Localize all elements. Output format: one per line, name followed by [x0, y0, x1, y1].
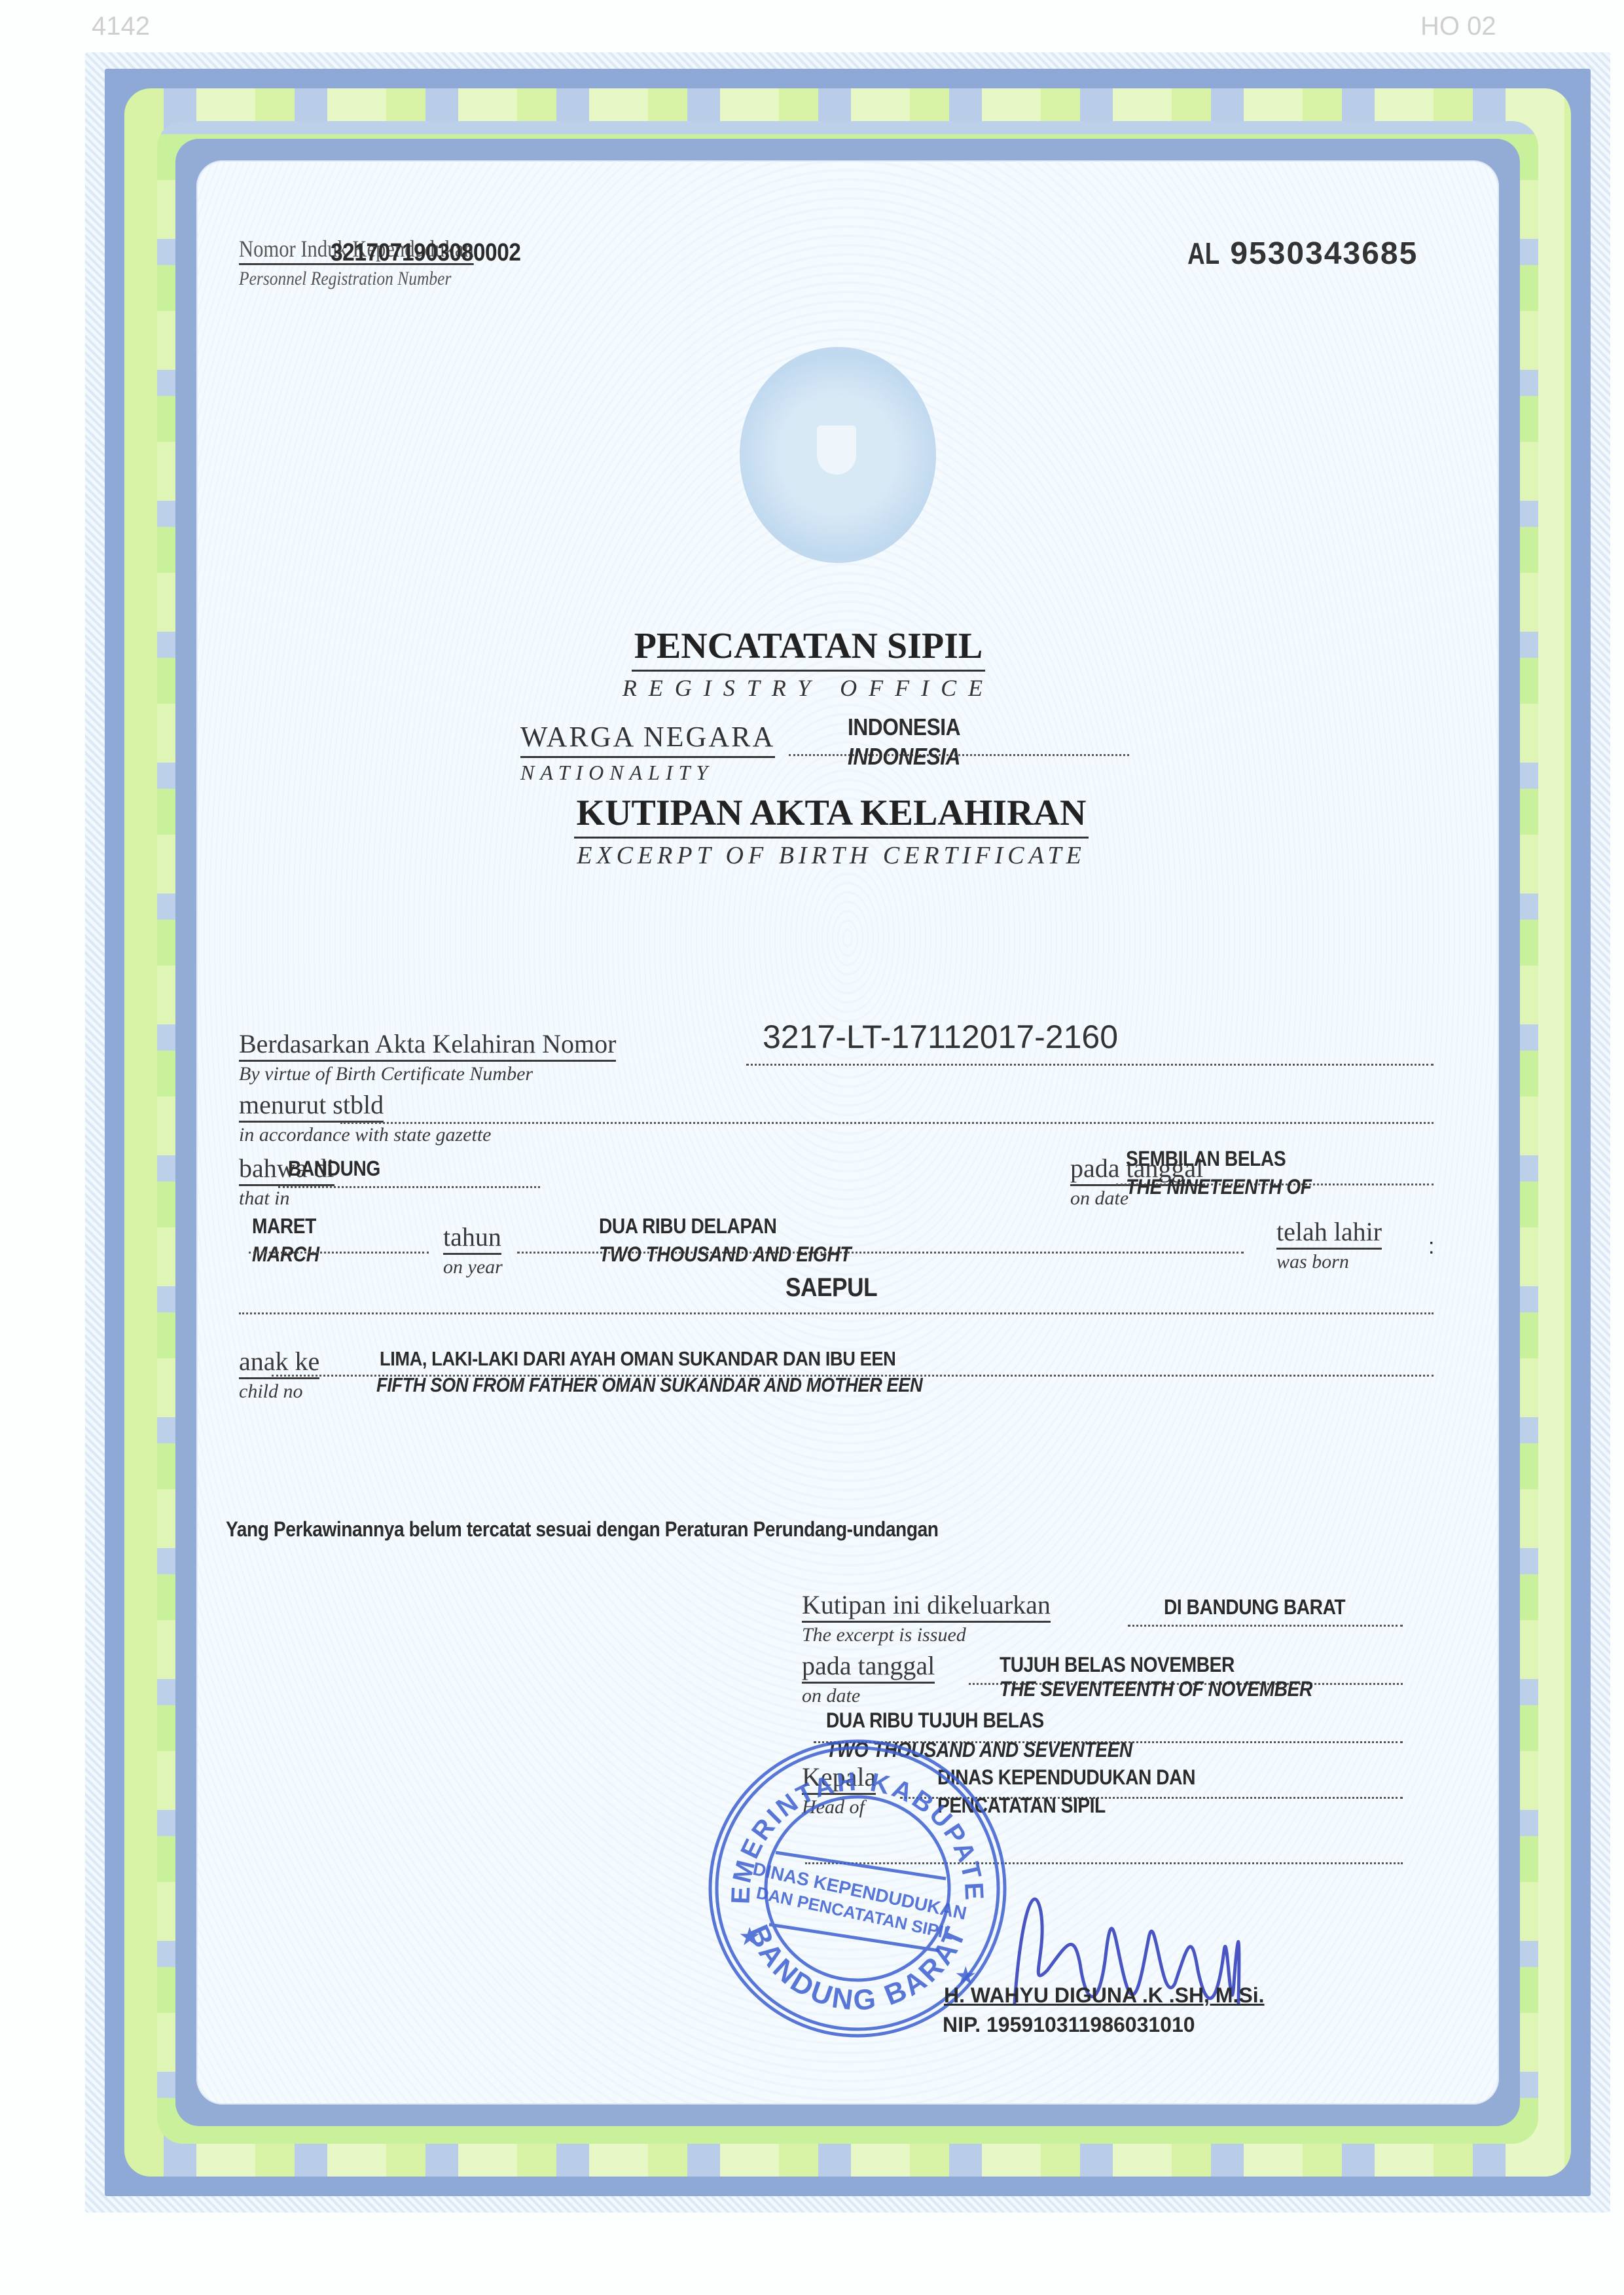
born-label-block: telah lahir was born [1276, 1219, 1382, 1272]
issue-date-label: pada tanggal [802, 1653, 935, 1684]
year-value: DUA RIBU DELAPAN [599, 1214, 776, 1238]
nationality-value-en: INDONESIA [848, 743, 960, 770]
cert-number-dotted-line [746, 1064, 1434, 1066]
nationality-label-en: NATIONALITY [520, 761, 775, 785]
born-colon: : [1428, 1234, 1434, 1259]
nationality-label: WARGA NEGARA [520, 720, 775, 758]
document-title: KUTIPAN AKTA KELAHIRAN [574, 792, 1089, 839]
issue-date-value-en: THE SEVENTEENTH OF NOVEMBER [1000, 1677, 1312, 1701]
issue-date-label-en: on date [802, 1686, 935, 1706]
date-value: SEMBILAN BELAS [1126, 1147, 1286, 1171]
serial-prefix: AL [1187, 236, 1219, 271]
child-no-label-en: child no [239, 1382, 319, 1401]
title-office-block: PENCATATAN SIPIL REGISTRY OFFICE [560, 625, 1057, 702]
child-no-value-en: FIFTH SON FROM FATHER OMAN SUKANDAR AND … [376, 1373, 922, 1397]
nik-label-en: Personnel Registration Number [239, 269, 474, 289]
stbld-label-block: menurut stbld in accordance with state g… [239, 1092, 491, 1145]
date-value-en: THE NINETEENTH OF [1126, 1175, 1312, 1199]
document-title-block: KUTIPAN AKTA KELAHIRAN EXCERPT OF BIRTH … [517, 792, 1146, 870]
cert-number-label-block: Berdasarkan Akta Kelahiran Nomor By virt… [239, 1031, 616, 1084]
year-label-en: on year [443, 1257, 503, 1277]
month-value-en: MARCH [252, 1242, 319, 1267]
child-name: SAEPUL [785, 1273, 877, 1303]
margin-mark-top-right: HO 02 [1420, 12, 1496, 41]
office-title-en: REGISTRY OFFICE [560, 674, 1057, 702]
year-label: tahun [443, 1224, 501, 1255]
signatory-name: H. WAHYU DIGUNA .K .SH, M.Si. [944, 1983, 1265, 2008]
nationality-value: INDONESIA [848, 714, 960, 741]
place-dotted-line [278, 1186, 540, 1188]
issue-date-label-block: pada tanggal on date [802, 1653, 935, 1706]
stbld-dotted-line [340, 1122, 1434, 1124]
issue-date-value: TUJUH BELAS NOVEMBER [1000, 1653, 1235, 1677]
signatory-nip: NIP. 195910311986031010 [943, 2013, 1195, 2037]
issued-label: Kutipan ini dikeluarkan [802, 1592, 1051, 1623]
born-label-en: was born [1276, 1252, 1382, 1272]
month-value: MARET [252, 1214, 316, 1238]
serial-number: 9530343685 [1230, 236, 1418, 272]
stbld-label: menurut stbld [239, 1092, 384, 1123]
margin-mark-top-left: 4142 [92, 12, 150, 41]
issued-label-block: Kutipan ini dikeluarkan The excerpt is i… [802, 1592, 1051, 1645]
place-value: BANDUNG [288, 1157, 380, 1181]
star-icon: ★ [740, 1925, 759, 1949]
born-label: telah lahir [1276, 1219, 1382, 1250]
month-dotted-line [249, 1252, 429, 1254]
child-no-value: LIMA, LAKI-LAKI DARI AYAH OMAN SUKANDAR … [380, 1347, 895, 1371]
issue-year-value: DUA RIBU TUJUH BELAS [826, 1708, 1044, 1733]
year-value-en: TWO THOUSAND AND EIGHT [599, 1242, 851, 1267]
cert-number-label-en: By virtue of Birth Certificate Number [239, 1064, 616, 1084]
issued-place: DI BANDUNG BARAT [1164, 1595, 1345, 1619]
office-title: PENCATATAN SIPIL [632, 625, 986, 672]
stbld-label-en: in accordance with state gazette [239, 1125, 491, 1145]
issued-label-en: The excerpt is issued [802, 1625, 1051, 1645]
place-label-en: that in [239, 1189, 334, 1208]
serial-number-block: AL 9530343685 [1183, 236, 1418, 272]
shield-icon [817, 425, 856, 475]
marriage-note: Yang Perkawinannya belum tercatat sesuai… [226, 1517, 939, 1542]
nationality-label-block: WARGA NEGARA NATIONALITY [520, 720, 775, 785]
issued-place-dotted-line [1128, 1625, 1403, 1627]
document-title-en: EXCERPT OF BIRTH CERTIFICATE [517, 841, 1146, 870]
nik-value: 3217071903080002 [331, 239, 521, 267]
cert-number-label: Berdasarkan Akta Kelahiran Nomor [239, 1031, 616, 1062]
year-label-block: tahun on year [443, 1224, 503, 1277]
cert-number-value: 3217-LT-17112017-2160 [763, 1018, 1118, 1056]
child-name-dotted-line [239, 1312, 1434, 1314]
